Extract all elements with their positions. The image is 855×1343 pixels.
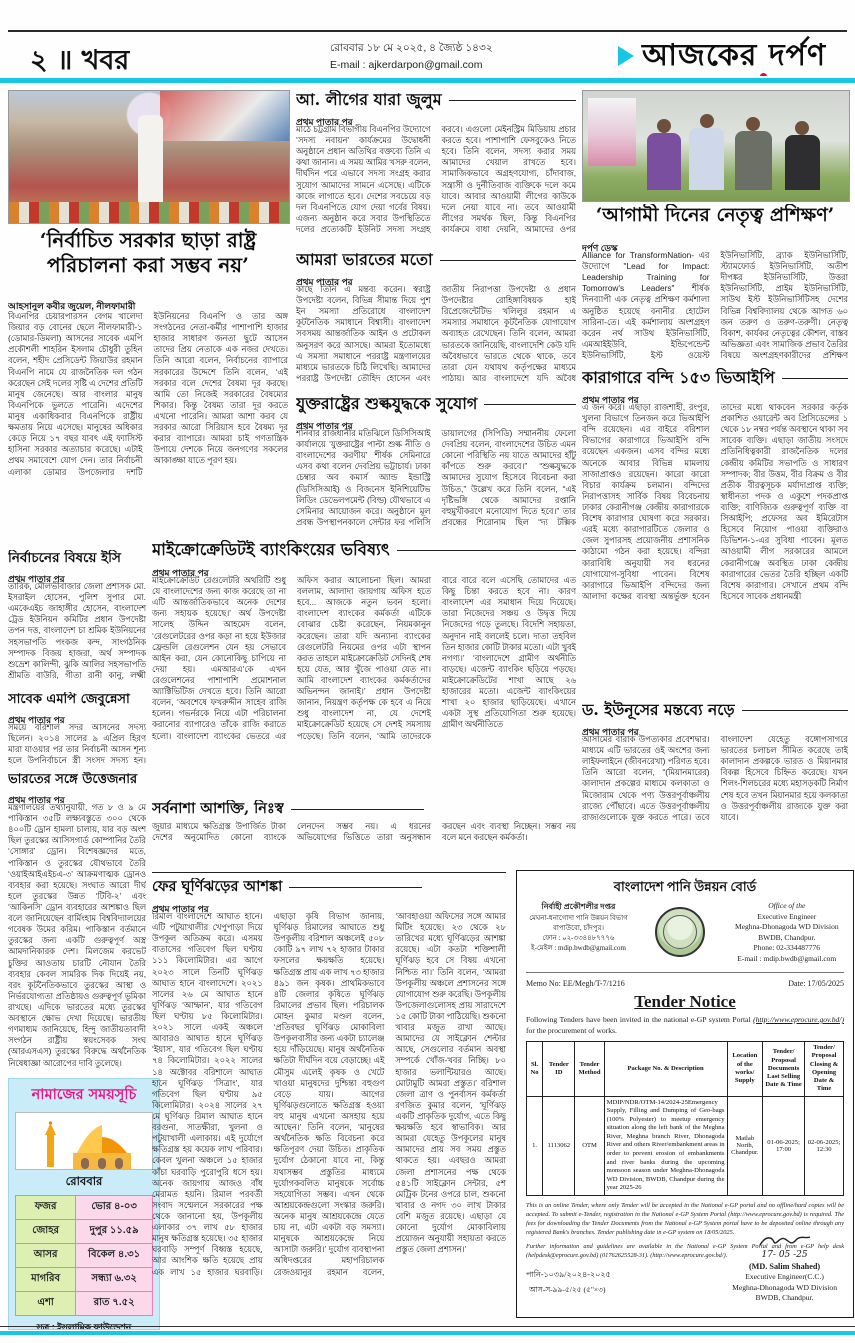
tender-memo-row: Memo No: EE/Megh/T-7/1216 Date: 17/05/20… [526, 972, 844, 988]
tender-td-closing: 02-06-2025; 12:30 [805, 1096, 844, 1195]
headline-india-tension: ভারতের সঙ্গে উত্তেজনার [8, 772, 146, 789]
prayer-name: জোহর [16, 1220, 76, 1244]
prayer-table: ফজরভোর ৪-০৩ জোহরদুপুর ১১.৫৯ আসরবিকেল ৪.৩… [15, 1195, 153, 1316]
tender-title: Tender Notice [526, 992, 844, 1012]
headline-rule [289, 887, 422, 888]
headline-rule [449, 100, 576, 101]
prayer-time: বিকেল ৪.৩১ [76, 1244, 153, 1268]
headline-vip-jail: কারাগারে বন্দি ১৫৩ ভিআইপি [582, 368, 848, 388]
tender-intro: Following Tenders have been invited in t… [526, 1015, 844, 1036]
rally-flower-table [9, 202, 289, 223]
header-accent-bar [0, 78, 855, 83]
headline-rule [484, 404, 576, 405]
tender-th-selling: Tender/ Proposal Documents Last Selling … [763, 1042, 805, 1096]
headline-amra-bharat-text: আমরা ভারতের মতো [296, 250, 433, 270]
person-head [795, 121, 809, 135]
tender-portal-link: (http://www.eprocure.gov.bd/) [753, 1015, 844, 1024]
headline-ec-election: নির্বাচনের বিষয়ে ইসি [8, 550, 146, 568]
person-figure [785, 135, 820, 190]
masthead-logo-red-dot [760, 73, 767, 77]
tender-office-left: নির্বাহী প্রকৌশলীর দপ্তর মেঘনা-ধনাগোদা প… [526, 901, 631, 953]
tender-table-header-row: Sl. No Tender ID Tender Method Package N… [527, 1042, 844, 1096]
headline-yunus-text: ড. ইউনূসের মন্তব্যে নড়ে [582, 700, 735, 719]
headline-rule [742, 710, 848, 711]
tender-office-right-line: Meghna-Dhonagoda WD Division [730, 922, 844, 933]
tender-office-left-line: নির্বাহী প্রকৌশলীর দপ্তর [526, 901, 631, 913]
prayer-day-label: রোববার [15, 1170, 153, 1195]
headline-microcredit-text: মাইক্রোক্রেডিটই ব্যাংকিংয়ের ভবিষ্যৎ [152, 540, 390, 561]
prayer-name: এশা [16, 1292, 76, 1316]
tender-office-right-line: Executive Engineer [730, 912, 844, 923]
body-elected-govt: বিএনপির চেয়ারপারসন বেগম খালেদা জিয়ার ব… [8, 311, 288, 541]
tender-memo-no: Memo No: EE/Megh/T-7/1216 [526, 979, 625, 988]
body-ex-mp: সময়ে বরিশাল সদর আসনের সদস্য ছিলেন। ২০১৪… [8, 722, 146, 770]
headline-leadership: ‘আগামী দিনের নেতৃত্ব প্রশিক্ষণ’ [582, 204, 848, 234]
tender-th-location: Location of the works/ Supply [727, 1042, 763, 1096]
tender-signature-block: 17- 05 -25 (MD. Salim Shahed) Executive … [732, 1233, 837, 1303]
tender-td-id: 1113062 [543, 1096, 575, 1195]
tender-office-left-line: বাপাউবো, চাঁদপুর। [526, 923, 631, 933]
rally-backdrop-banner [160, 91, 289, 141]
signatory-org: BWDB, Chandpur. [732, 1293, 837, 1303]
tender-td-sl: 1. [527, 1096, 543, 1195]
headline-al-julum-text: আ. লীগের যারা জুলুম [296, 90, 442, 110]
prayer-row: মাগরিবসন্ধ্যা ৬.৩২ [16, 1268, 153, 1292]
prayer-box-title: নামাজের সময়সূচি [15, 1084, 153, 1108]
tender-org-title: বাংলাদেশ পানি উন্নয়ন বোর্ড [526, 878, 844, 899]
prayer-name: ফজর [16, 1196, 76, 1220]
footer-thin-rule [0, 1326, 855, 1327]
mosque-icon [25, 1119, 143, 1169]
headline-rule [397, 550, 576, 551]
prayer-name: আসর [16, 1244, 76, 1268]
body-tariff-war: শনিবার রাজধানীর মতিঝিলে ডিসিসিআই কার্যাল… [296, 428, 576, 534]
headline-yunus: ড. ইউনূসের মন্তব্যে নড়ে [582, 700, 848, 720]
prayer-time: ভোর ৪-০৩ [76, 1196, 153, 1220]
headline-cyclone-text: ফের ঘূর্ণিঝড়ের আশঙ্কা [152, 878, 282, 896]
footer-accent-bar [0, 1331, 855, 1335]
mosque-illustration [15, 1112, 153, 1170]
tender-th-closing: Tender/ Proposal Closing & Opening Date … [805, 1042, 844, 1096]
header-email: E-mail : ajkerdarpon@gmail.com [330, 57, 570, 74]
prayer-row: জোহরদুপুর ১১.৫৯ [16, 1220, 153, 1244]
tender-notes-1: This is an online Tender, where only Ten… [526, 1201, 844, 1238]
headline-rule [291, 809, 424, 810]
person-figure [735, 131, 772, 190]
body-ec-election: তারিক, মৌলভীবাজার জেলা প্রশাসক মো. ইসরাই… [8, 581, 146, 687]
headline-rule [782, 378, 848, 379]
news-photo-leadership-training [582, 90, 850, 202]
tender-td-method: OTM [575, 1096, 604, 1195]
tender-th-id: Tender ID [543, 1042, 575, 1096]
tender-th-desc: Package No. & Description [604, 1042, 727, 1096]
person-figure [689, 128, 724, 190]
tender-table-row: 1. 1113062 OTM MDIP/NDR/OTM-14/2024-25Em… [527, 1096, 844, 1195]
prayer-times-box: নামাজের সময়সূচি রোববার ফজরভোর ৪-০৩ জোহর… [8, 1078, 160, 1330]
headline-rule [440, 260, 576, 261]
headline-al-julum: আ. লীগের যারা জুলুম [296, 90, 576, 110]
tender-office-right: Office of the Executive Engineer Meghna-… [730, 901, 844, 964]
prayer-row: ফজরভোর ৪-০৩ [16, 1196, 153, 1220]
signature-icon [758, 1233, 812, 1249]
tender-office-right-line: Office of the [730, 901, 844, 912]
body-india-tension: মন্ত্রণালয়ের তথ্যানুযায়ী, গত ৮ ও ৯ মে … [8, 802, 146, 1074]
tender-td-selling: 01-06-2025; 17:00 [763, 1096, 805, 1195]
headline-tariff-war-text: যুক্তরাষ্ট্রের শুল্কযুদ্ধকে সুযোগ [296, 394, 477, 414]
headline-vip-jail-text: কারাগারে বন্দি ১৫৩ ভিআইপি [582, 368, 775, 388]
presentation-screen [588, 98, 636, 166]
headline-sorbonasha: সর্বনাশা আশক্তি, নিঃস্ব [152, 800, 424, 819]
body-microcredit: মাইক্রোক্রেডিট রেগুলেটরি অথরিটি শুধু যে … [152, 575, 576, 797]
tender-office-left-line: মেঘনা-ধনাগোদা পানি উন্নয়ন বিভাগ [526, 913, 631, 923]
signatory-name: (MD. Salim Shahed) [732, 1261, 837, 1272]
masthead-logo: আজকের দর্পণ [642, 36, 826, 76]
prayer-name: মাগরিব [16, 1268, 76, 1292]
prayer-row: আসরবিকেল ৪.৩১ [16, 1244, 153, 1268]
tender-intro-tail: for the procurement of works. [526, 1026, 617, 1035]
header-dateline: রোববার ১৮ মে ২০২৫, ৪ জ্যৈষ্ঠ ১৪৩২ E-mail… [330, 40, 570, 76]
tender-office-left-line: ফোন : ০২-৩৩৪৪৮৭৭৭৬ [526, 933, 631, 943]
prayer-row: এশারাত ৭.৫২ [16, 1292, 153, 1316]
masthead-logo-text: আজকের দর্পণ [642, 38, 826, 73]
header-date: রোববার ১৮ মে ২০২৫, ৪ জ্যৈষ্ঠ ১৪৩২ [330, 40, 570, 57]
headline-elected-govt: ‘নির্বাচিত সরকার ছাড়া রাষ্ট্র পরিচালনা … [8, 228, 288, 292]
body-sorbonasha: জুয়ার মাধ্যমে ক্ষতিগ্রস্ত উপার্জিত টাকা… [152, 821, 576, 867]
person-head [746, 117, 760, 131]
headline-cyclone: ফের ঘূর্ণিঝড়ের আশঙ্কা [152, 878, 422, 897]
prayer-time: রাত ৭.৫২ [76, 1292, 153, 1316]
tender-th-sl: Sl. No [527, 1042, 543, 1096]
masthead: আজকের দর্পণ [618, 36, 848, 76]
signatory-division: Meghna-Dhonagoda WD Division [732, 1283, 837, 1293]
section-divider-rule [152, 872, 506, 873]
body-yunus: আসামের বারাক উপত্যকার প্রবেশদ্বার। মাধ্য… [582, 734, 848, 862]
prayer-time: দুপুর ১১.৫৯ [76, 1220, 153, 1244]
headline-ex-mp: সাবেক এমপি জেবুন্নেসা [8, 692, 146, 709]
body-al-julum: মাঠে চট্টগ্রাম বিভাগীয় বিএনপির উদ্যোগে … [296, 124, 576, 246]
page-section-label: ২ ॥ খবর [30, 40, 250, 76]
tender-office-right-line: E-mail : mdip.bwdb@gmail.com [730, 954, 844, 965]
tender-ad-code: আস-স-৯৯-৫/২৫ (৫"×৩) [529, 1285, 605, 1297]
tender-td-desc: MDIP/NDR/OTM-14/2024-25Emergency Supply,… [604, 1096, 727, 1195]
body-vip-jail: এ জন করে। এছাড়া রাজশাহী, রংপুর, খুলনা ব… [582, 402, 848, 696]
headline-amra-bharat: আমরা ভারতের মতো [296, 250, 576, 270]
tender-office-right-line: Phone: 02-334487776 [730, 943, 844, 954]
person-head [657, 119, 671, 133]
masthead-arrow-icon [618, 46, 634, 66]
body-leadership: Alliance for TransformNation- এর উদ্যোগে… [582, 250, 848, 364]
news-photo-political-rally [8, 90, 290, 224]
person-figure [647, 133, 682, 190]
headline-microcredit: মাইক্রোক্রেডিটই ব্যাংকিংয়ের ভবিষ্যৎ [152, 540, 576, 561]
byline-elected-govt: আহসানুল কবীর জুয়েল, নীলফামারী [8, 299, 288, 311]
tender-intro-text: Following Tenders have been invited in t… [526, 1015, 753, 1024]
header-top-rule [8, 30, 847, 32]
tender-date: Date: 17/05/2025 [788, 979, 844, 988]
newspaper-page: ২ ॥ খবর রোববার ১৮ মে ২০২৫, ৪ জ্যৈষ্ঠ ১৪৩… [0, 0, 855, 1343]
body-amra-bharat: কাছে তিনি এ মন্তব্য করেন। স্বরাষ্ট্র উপদ… [296, 284, 576, 388]
headline-tariff-war: যুক্তরাষ্ট্রের শুল্কযুদ্ধকে সুযোগ [296, 394, 576, 414]
bwdb-logo-icon [655, 907, 705, 957]
prayer-time: সন্ধ্যা ৬.৩২ [76, 1268, 153, 1292]
body-cyclone: রিমাল বাংলাদেশে আঘাত হানে। এটি পটুয়াখাল… [152, 911, 506, 1325]
signatory-title: Executive Engineer(C.C.) [732, 1272, 837, 1282]
headline-sorbonasha-text: সর্বনাশা আশক্তি, নিঃস্ব [152, 800, 284, 818]
tender-office-right-line: BWDB, Chandpur. [730, 933, 844, 944]
tender-office-row: নির্বাহী প্রকৌশলীর দপ্তর মেঘনা-ধনাগোদা প… [526, 901, 844, 964]
tender-office-left-line: ই-মেইল : mdip.bwdb@gmail.com [526, 943, 631, 953]
tender-notice-box: বাংলাদেশ পানি উন্নয়ন বোর্ড নির্বাহী প্র… [516, 870, 854, 1318]
rally-speaker-figure [138, 115, 163, 207]
tender-table: Sl. No Tender ID Tender Method Package N… [526, 1041, 844, 1196]
tender-th-method: Tender Method [575, 1042, 604, 1096]
tender-td-location: Matlab North, Chandpur. [727, 1096, 763, 1195]
signature-date: 17- 05 -25 [732, 1249, 837, 1261]
prayer-source: সূত্র : ইসলামিক ফাউন্ডেশন [15, 1316, 153, 1330]
person-head [700, 114, 714, 128]
